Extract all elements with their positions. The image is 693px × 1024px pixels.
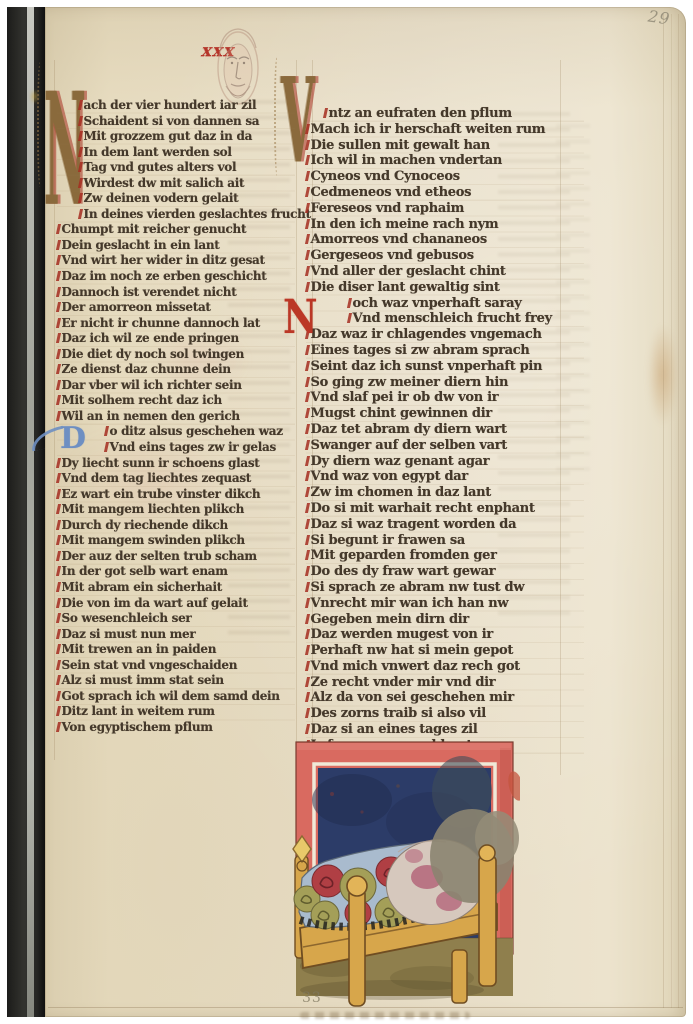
text-line: Vnrecht mir wan ich han nw (306, 596, 584, 612)
text-line: In den ich meine rach nym (306, 217, 584, 233)
text-column-right: ntz an eufraten den pflumMach ich ir her… (306, 106, 584, 754)
folio-number: 29 (647, 7, 672, 29)
text-line: In der got selb wart enam (57, 564, 295, 580)
text-line: Chumpt mit reicher genucht (57, 222, 295, 238)
text-line: Vnd slaf pei ir ob dw von ir (306, 390, 584, 406)
text-line: Dar vber wil ich richter sein (57, 378, 295, 394)
text-line: Si sprach ze abram nw tust dw (306, 580, 584, 596)
text-line: Die von im da wart auf gelait (57, 596, 295, 612)
text-line: Daz im noch ze erben geschicht (57, 269, 295, 285)
text-line: Des zorns traib si also vil (306, 706, 584, 722)
text-line: Dy diern waz genant agar (306, 454, 584, 470)
text-line: Daz si an eines tages zil (306, 722, 584, 738)
text-line: Cyneos vnd Cynoceos (306, 169, 584, 185)
initial-letter: N (283, 290, 318, 345)
text-line: So wesenchleich ser (57, 611, 295, 627)
text-line: Mugst chint gewinnen dir (306, 406, 584, 422)
text-line: Durch dy riechende dikch (57, 518, 295, 534)
bottom-crease (48, 1007, 683, 1008)
text-line: Von egyptischem pflum (57, 720, 295, 736)
text-line: Dy liecht sunn ir schoens glast (57, 456, 295, 472)
text-line: Mit grozzem gut daz in da (57, 129, 295, 145)
text-line: Eines tages si zw abram sprach (306, 343, 584, 359)
text-lines: ntz an eufraten den pflumMach ich ir her… (306, 106, 584, 754)
text-line: Mach ich ir herschaft weiten rum (306, 122, 584, 138)
text-line: Fereseos vnd raphaim (306, 201, 584, 217)
text-line: Seint daz ich sunst vnperhaft pin (306, 359, 584, 375)
mount-number: 33 (302, 990, 322, 1006)
text-line: Mit mangem swinden plikch (57, 533, 295, 549)
text-line: Swanger auf der selben vart (306, 438, 584, 454)
text-line: Vnd mich vnwert daz rech got (306, 659, 584, 675)
text-line: Mit solhem recht daz ich (57, 393, 295, 409)
text-line: Vnd menschleich frucht frey (306, 311, 584, 327)
text-line: Do des dy fraw wart gewar (306, 564, 584, 580)
text-line: Wirdest dw mit salich ait (57, 176, 295, 192)
text-line: Dannoch ist verendet nicht (57, 285, 295, 301)
text-line: Ir frawen zorn pald entran (306, 738, 584, 754)
text-line: Ze recht vnder mir vnd dir (306, 675, 584, 691)
text-line: Daz waz ir chlagendes vngemach (306, 327, 584, 343)
text-lines: ach der vier hundert iar zilSchaident si… (57, 98, 295, 735)
text-line: In deines vierden geslachtes frucht (57, 207, 295, 223)
text-line: Daz si must nun mer (57, 627, 295, 643)
text-line: Mit mangem liechten plikch (57, 502, 295, 518)
text-line: Do si mit warhait recht enphant (306, 501, 584, 517)
text-line: Vnd eins tages zw ir gelas (57, 440, 295, 456)
text-line: Daz werden mugest von ir (306, 627, 584, 643)
text-line: Cedmeneos vnd etheos (306, 185, 584, 201)
page-edge-line (678, 14, 679, 1008)
text-line: Ze dienst daz chunne dein (57, 362, 295, 378)
text-line: Mit trewen an in paiden (57, 642, 295, 658)
page-edge-line (671, 14, 672, 1008)
text-line: Zw im chomen in daz lant (306, 485, 584, 501)
text-line: In dem lant werden sol (57, 145, 295, 161)
text-line: Dein geslacht in ein lant (57, 238, 295, 254)
text-line: Gergeseos vnd gebusos (306, 248, 584, 264)
text-line: Schaident si von dannen sa (57, 114, 295, 130)
page-edge-strip (27, 7, 34, 1017)
faint-inscription (300, 1012, 470, 1019)
text-line: Perhaft nw hat si mein gepot (306, 643, 584, 659)
text-line: So ging zw meiner diern hin (306, 375, 584, 391)
text-line: Daz si waz tragent worden da (306, 517, 584, 533)
text-line: Got sprach ich wil dem samd dein (57, 689, 295, 705)
text-line: Alz da von sei geschehen mir (306, 690, 584, 706)
page-edge-line (663, 14, 664, 1008)
text-line: Si begunt ir frawen sa (306, 533, 584, 549)
text-line: Tag vnd gutes alters vol (57, 160, 295, 176)
text-line: Mit geparden fromden ger (306, 548, 584, 564)
text-line: Zw deinen vodern gelait (57, 191, 295, 207)
text-line: Die diser lant gewaltig sint (306, 280, 584, 296)
text-line: Er nicht ir chunne dannoch lat (57, 316, 295, 332)
lombard-initial-red: N (283, 290, 318, 345)
text-line: Gegeben mein dirn dir (306, 612, 584, 628)
text-line: Alz si must imm stat sein (57, 673, 295, 689)
text-line: Vnd aller der geslacht chint (306, 264, 584, 280)
text-line: o ditz alsus geschehen waz (57, 424, 295, 440)
manuscript-photo: 29 xxx N V ach der vier hundert iar zilS… (0, 0, 693, 1024)
text-line: Der amorreon missetat (57, 300, 295, 316)
text-line: och waz vnperhaft saray (306, 296, 584, 312)
chapter-rubric: xxx (200, 41, 238, 61)
text-line: Der auz der selten trub scham (57, 549, 295, 565)
text-line: ntz an eufraten den pflum (306, 106, 584, 122)
text-line: Ez wart ein trube vinster dikch (57, 487, 295, 503)
text-line: Die diet dy noch sol twingen (57, 347, 295, 363)
text-line: Mit abram ein sicherhait (57, 580, 295, 596)
text-line: Daz ich wil ze ende pringen (57, 331, 295, 347)
text-line: Die sullen mit gewalt han (306, 138, 584, 154)
text-line: Wil an in nemen den gerich (57, 409, 295, 425)
text-line: Vnd dem tag liechtes zequast (57, 471, 295, 487)
text-line: Vnd wirt her wider in ditz gesat (57, 253, 295, 269)
text-line: ach der vier hundert iar zil (57, 98, 295, 114)
text-line: Vnd waz von egypt dar (306, 469, 584, 485)
text-line: Amorreos vnd chananeos (306, 232, 584, 248)
lombard-initial-blue: D (60, 421, 86, 456)
text-line: Ich wil in machen vndertan (306, 153, 584, 169)
text-column-left: ach der vier hundert iar zilSchaident si… (57, 98, 295, 735)
text-line: Daz tet abram dy diern wart (306, 422, 584, 438)
text-line: Ditz lant in weitem rum (57, 704, 295, 720)
text-line: Sein stat vnd vngeschaiden (57, 658, 295, 674)
